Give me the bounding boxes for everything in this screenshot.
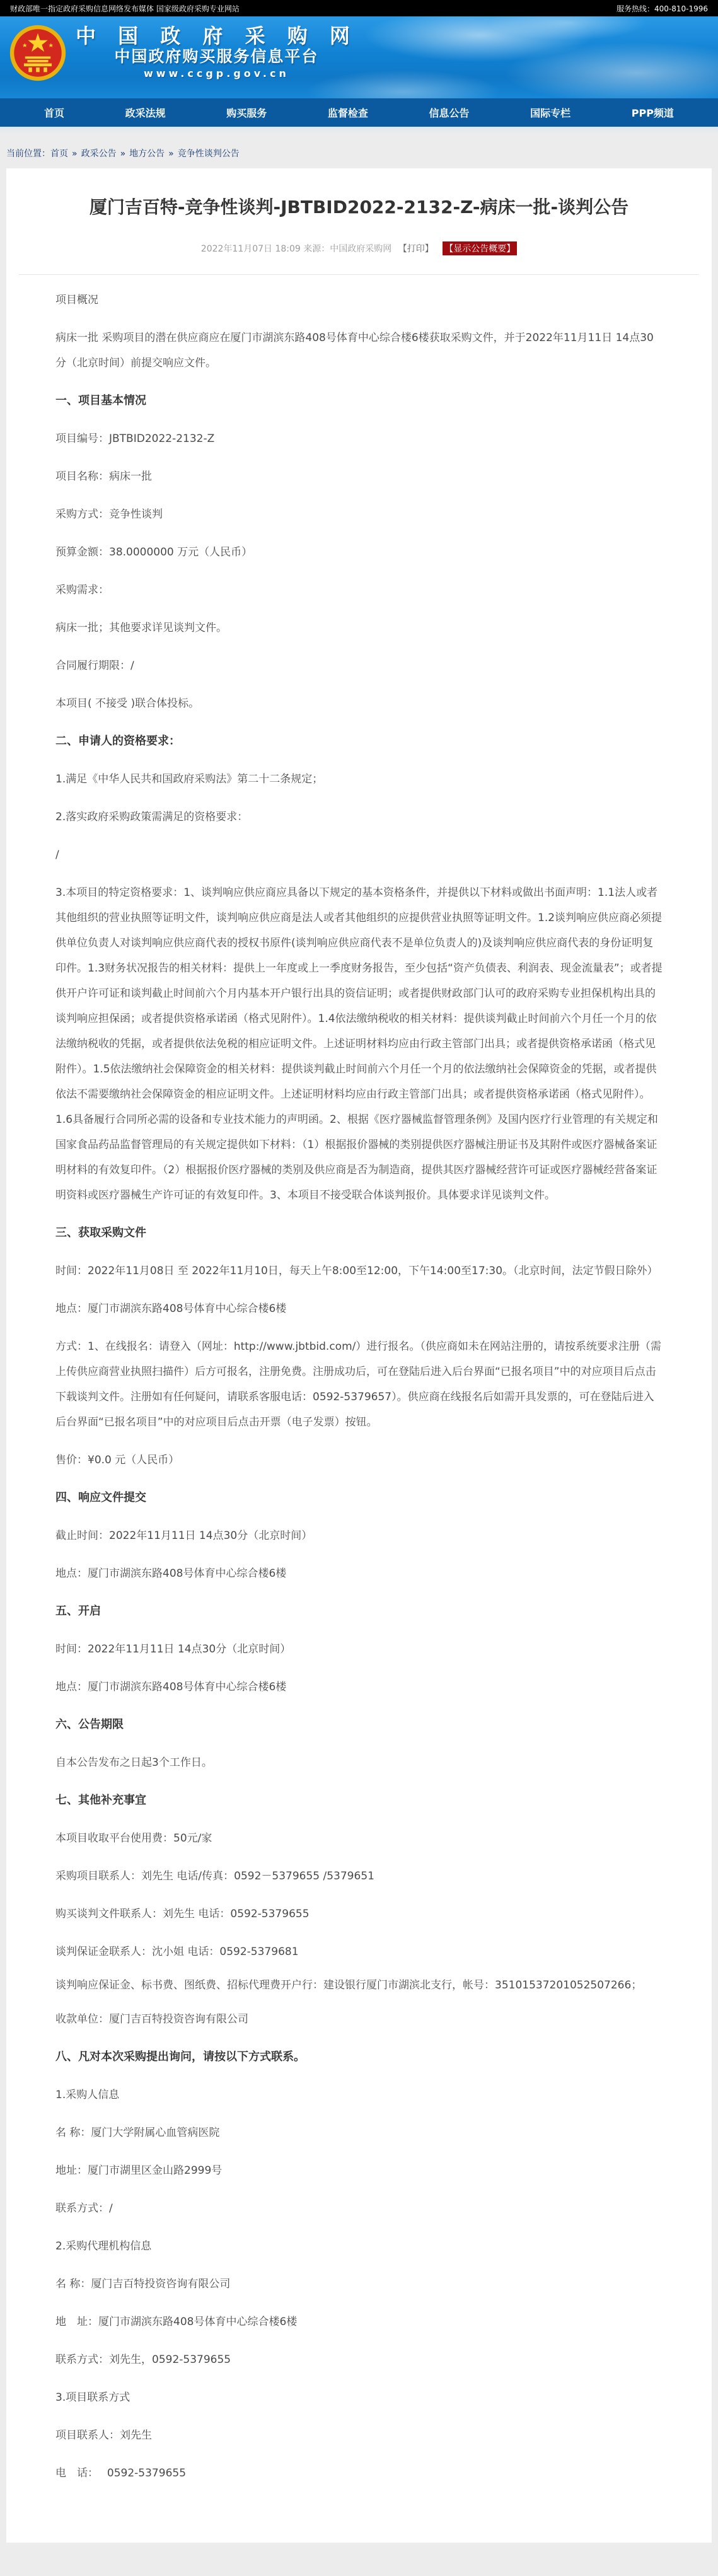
nav-item-3[interactable]: 购买服务 [226,105,267,120]
paragraph: 售价：¥0.0 元（人民币） [55,1448,663,1473]
paragraph: 采购项目联系人：刘先生 电话/传真：0592－5379655 /5379651 [55,1864,663,1889]
main-nav: 首页政采法规购买服务监督检查信息公告国际专栏PPP频道 [0,98,718,127]
paragraph: 病床一批 采购项目的潜在供应商应在厦门市湖滨东路408号体育中心综合楼6楼获取采… [55,325,663,376]
nav-item-1[interactable]: 首页 [44,105,64,120]
breadcrumb-link-4[interactable]: 竞争性谈判公告 [178,149,240,159]
announcement-card: 厦门吉百特-竞争性谈判-JBTBID2022-2132-Z-病床一批-谈判公告 … [6,168,712,2543]
breadcrumb-link-1[interactable]: 首页 [50,149,68,159]
paragraph: 截止时间：2022年11月11日 14点30分（北京时间） [55,1523,663,1548]
article-body: 项目概况病床一批 采购项目的潜在供应商应在厦门市湖滨东路408号体育中心综合楼6… [55,287,663,2486]
nav-item-2[interactable]: 政采法规 [125,105,166,120]
breadcrumb: 当前位置：首页»政采公告»地方公告»竞争性谈判公告 [6,147,712,160]
paragraph: 本项目收取平台使用费：50元/家 [55,1826,663,1851]
paragraph: 时间：2022年11月08日 至 2022年11月10日，每天上午8:00至12… [55,1258,663,1284]
breadcrumb-separator: » [120,149,126,159]
paragraph: 3.项目联系方式 [55,2385,663,2410]
paragraph: 合同履行期限：/ [55,653,663,678]
print-button[interactable]: 【打印】 [398,244,434,254]
paragraph: 项目概况 [55,287,663,313]
paragraph: 项目联系人：刘先生 [55,2423,663,2448]
paragraph: 联系方式：/ [55,2196,663,2221]
paragraph: 地点：厦门市湖滨东路408号体育中心综合楼6楼 [55,1674,663,1700]
paragraph: 电 话： 0592-5379655 [55,2461,663,2486]
article-meta: 2022年11月07日 18:09 来源：中国政府采购网 【打印】 【显示公告概… [55,241,663,255]
paragraph: 收款单位：厦门吉百特投资咨询有限公司 [55,2007,663,2032]
breadcrumb-separator: » [168,149,174,159]
paragraph: 联系方式：刘先生，0592-5379655 [55,2347,663,2372]
breadcrumb-link-2[interactable]: 政采公告 [81,149,117,159]
section-heading: 三、获取采购文件 [55,1221,663,1246]
breadcrumb-label: 当前位置： [6,149,50,159]
paragraph: 购买谈判文件联系人：刘先生 电话：0592-5379655 [55,1901,663,1927]
section-heading: 四、响应文件提交 [55,1485,663,1511]
paragraph: 采购方式：竞争性谈判 [55,502,663,527]
paragraph: 预算金额：38.0000000 万元（人民币） [55,540,663,565]
paragraph: 1.满足《中华人民共和国政府采购法》第二十二条规定； [55,767,663,792]
nav-item-7[interactable]: PPP频道 [632,105,674,120]
paragraph: 2.落实政府采购政策需满足的资格要求： [55,804,663,830]
paragraph: 名 称：厦门大学附属心血管病医院 [55,2120,663,2145]
site-subtitle: 中国政府购买服务信息平台 [76,47,357,66]
paragraph: 时间：2022年11月11日 14点30分（北京时间） [55,1637,663,1662]
publish-date-source: 2022年11月07日 18:09 来源：中国政府采购网 [201,244,392,254]
paragraph: 1.采购人信息 [55,2082,663,2108]
paragraph: 自本公告发布之日起3个工作日。 [55,1750,663,1775]
divider [19,274,699,275]
section-heading: 二、申请人的资格要求： [55,729,663,754]
breadcrumb-items: 首页»政采公告»地方公告»竞争性谈判公告 [50,149,240,159]
paragraph: 3.本项目的特定资格要求：1、谈判响应供应商应具备以下规定的基本资格条件，并提供… [55,880,663,1208]
paragraph: 地址：厦门市湖里区金山路2999号 [55,2158,663,2183]
breadcrumb-link-3[interactable]: 地方公告 [129,149,165,159]
service-hotline: 服务热线：400-810-1996 [617,3,708,14]
paragraph: 项目名称：病床一批 [55,464,663,489]
paragraph: 地点：厦门市湖滨东路408号体育中心综合楼6楼 [55,1296,663,1321]
show-summary-badge[interactable]: 【显示公告概要】 [443,241,517,255]
site-header-banner: 中 国 政 府 采 购 网 中国政府购买服务信息平台 www.ccgp.gov.… [0,16,718,98]
nav-item-5[interactable]: 信息公告 [429,105,470,120]
paragraph: 谈判保证金联系人：沈小姐 电话：0592-5379681 [55,1939,663,1964]
paragraph: 地点：厦门市湖滨东路408号体育中心综合楼6楼 [55,1561,663,1586]
breadcrumb-section: 当前位置：首页»政采公告»地方公告»竞争性谈判公告 [0,127,718,168]
section-heading: 一、项目基本情况 [55,388,663,414]
paragraph: 名 称：厦门吉百特投资咨询有限公司 [55,2271,663,2297]
paragraph: 2.采购代理机构信息 [55,2234,663,2259]
national-emblem-logo [9,24,67,82]
site-slogan: 财政部唯一指定政府采购信息网络发布媒体 国家级政府采购专业网站 [10,3,240,14]
section-heading: 七、其他补充事宜 [55,1788,663,1813]
paragraph: 采购需求： [55,577,663,603]
paragraph: 方式：1、在线报名：请登入（网址：http://www.jbtbid.com/）… [55,1334,663,1435]
paragraph: 项目编号：JBTBID2022-2132-Z [55,426,663,451]
section-heading: 八、凡对本次采购提出询问，请按以下方式联系。 [55,2045,663,2070]
paragraph: 地 址：厦门市湖滨东路408号体育中心综合楼6楼 [55,2309,663,2335]
paragraph: 谈判响应保证金、标书费、图纸费、招标代理费开户行：建设银行厦门市湖滨北支行，帐号… [55,1977,663,1994]
site-url: www.ccgp.gov.cn [76,66,357,81]
page-title: 厦门吉百特-竞争性谈判-JBTBID2022-2132-Z-病床一批-谈判公告 [55,195,663,220]
paragraph: 病床一批；其他要求详见谈判文件。 [55,615,663,641]
top-utility-bar: 财政部唯一指定政府采购信息网络发布媒体 国家级政府采购专业网站 服务热线：400… [0,0,718,16]
section-heading: 五、开启 [55,1599,663,1624]
nav-item-6[interactable]: 国际专栏 [530,105,570,120]
nav-item-4[interactable]: 监督检查 [328,105,368,120]
site-name: 中 国 政 府 采 购 网 [76,25,357,47]
section-heading: 六、公告期限 [55,1712,663,1738]
breadcrumb-separator: » [72,149,78,159]
paragraph: 本项目( 不接受 )联合体投标。 [55,691,663,716]
paragraph: / [55,842,663,867]
